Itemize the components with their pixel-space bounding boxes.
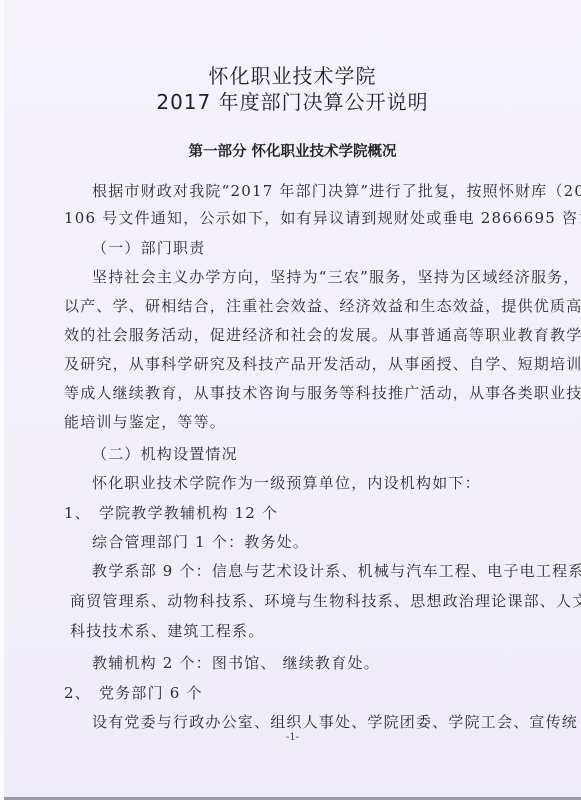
item1-management: 综合管理部门 1 个：教务处。 <box>92 531 542 552</box>
intro-line-1: 根据市财政对我院“2017 年部门决算”进行了批复，按照怀财库（2018） <box>92 180 542 201</box>
section1-line: 及研究，从事科学研究及科技产品开发活动，从事函授、自学、短期培训 <box>64 353 514 374</box>
page-number: -1- <box>4 732 581 743</box>
item2-line: 设有党委与行政办公室、组织人事处、学院团委、学院工会、宣传统 <box>92 711 542 732</box>
section1-line: 坚持社会主义办学方向，坚持为“三农”服务，坚持为区域经济服务， <box>92 266 542 287</box>
item1-departments-line: 科技技术系、建筑工程系。 <box>70 620 520 641</box>
section1-line: 等成人继续教育，从事技术咨询与服务等科技推广活动，从事各类职业技 <box>64 382 514 403</box>
section1-line: 以产、学、研相结合，注重社会效益、经济效益和生态效益，提供优质高 <box>64 295 514 316</box>
intro-line-2: 106 号文件通知，公示如下，如有异议请到规财处或垂电 2866695 咨询。 <box>64 207 514 228</box>
section2-heading: （二）机构设置情况 <box>92 443 542 464</box>
document-title-line2: 2017 年度部门决算公开说明 <box>4 86 581 115</box>
part-heading: 第一部分 怀化职业技术学院概况 <box>4 140 581 161</box>
section2-intro: 怀化职业技术学院作为一级预算单位，内设机构如下： <box>92 472 542 493</box>
section1-line: 能培训与鉴定，等等。 <box>64 411 514 432</box>
item1-number: 1、 <box>64 502 104 523</box>
document-page: 怀化职业技术学院 2017 年度部门决算公开说明 第一部分 怀化职业技术学院概况… <box>0 0 581 800</box>
section1-line: 效的社会服务活动，促进经济和社会的发展。从事普通高等职业教育教学 <box>64 324 514 345</box>
item1-title: 学院教学教辅机构 12 个 <box>99 502 549 523</box>
document-title-line1: 怀化职业技术学院 <box>4 60 581 89</box>
section1-heading: （一）部门职责 <box>92 237 542 258</box>
item2-title: 党务部门 6 个 <box>99 682 549 703</box>
item2-number: 2、 <box>64 682 104 703</box>
item1-auxiliary: 教辅机构 2 个：图书馆、 继续教育处。 <box>92 652 542 673</box>
item1-departments-line: 商贸管理系、动物科技系、环境与生物科技系、思想政治理论课部、人文 <box>70 590 520 611</box>
item1-departments-line: 教学系部 9 个：信息与艺术设计系、机械与汽车工程、电子电工程系、 <box>92 560 542 581</box>
